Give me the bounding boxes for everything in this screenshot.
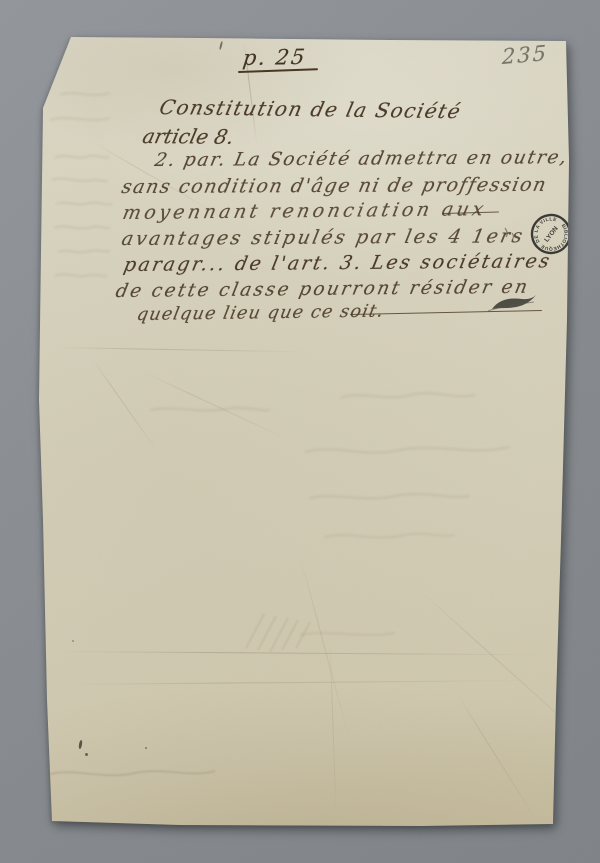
paper-crease [330, 640, 337, 820]
ink-speck [145, 747, 147, 749]
ink-speck [72, 640, 74, 642]
handwritten-line: de cette classe pourront résider en [114, 277, 532, 302]
handwritten-line: avantages stipulés par les 4 1ers [120, 225, 527, 250]
paper-crease [66, 680, 526, 685]
paper-crease [90, 355, 160, 454]
bleed-through-ghost-writing [0, 0, 600, 863]
paper-shadow: p. 25 235 Constitution de la Société art… [0, 0, 600, 863]
paper-crease [420, 590, 592, 745]
handwritten-line: article 8. [140, 124, 236, 149]
handwritten-line: sans condition d'âge ni de proffession [120, 174, 550, 198]
handwritten-line: quelque lieu que ce soit. [135, 302, 386, 326]
stamp-center-text: LYON [543, 225, 560, 243]
paper-crease [55, 347, 305, 352]
manuscript-page: p. 25 235 Constitution de la Société art… [0, 0, 600, 863]
ink-flourish [0, 0, 600, 863]
folio-number: 235 [502, 41, 548, 69]
paper-crease [300, 555, 350, 739]
paper-crease [455, 690, 541, 826]
handwritten-line: moyennant renonciation aux [121, 198, 489, 224]
handwritten-line: 2. par. La Société admettra en outre, — [153, 147, 598, 171]
ink-speck [85, 753, 88, 756]
handwritten-line: Constitution de la Société [157, 95, 464, 123]
library-stamp: DE LA VILLE BIBLIOTHEQUE LYON [527, 210, 575, 258]
ink-speck [78, 740, 83, 749]
paper-crease [58, 651, 543, 655]
paper-crease [140, 370, 294, 443]
page-number: p. 25 [242, 45, 308, 70]
handwritten-line: paragr... de l'art. 3. Les sociétaires [122, 250, 554, 276]
scanned-manuscript-photo: p. 25 235 Constitution de la Société art… [0, 0, 600, 863]
ink-speck [219, 41, 223, 50]
